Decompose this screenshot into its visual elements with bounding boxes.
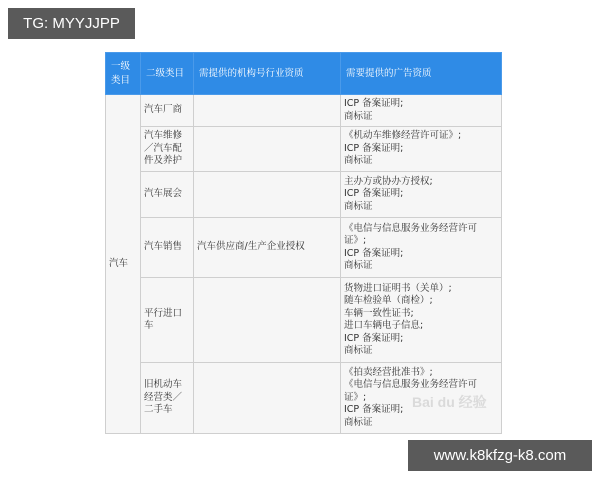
- header-primary-category: 一级 类目: [106, 53, 141, 95]
- cell-line: 商标证: [344, 417, 498, 430]
- cell-line: 证》;: [344, 235, 498, 248]
- cell-line: 经营类／: [144, 392, 190, 405]
- cell-line: 《拍卖经营批准书》;: [344, 367, 498, 380]
- cell-line: 车: [144, 320, 190, 333]
- table-row: 汽车维修 ／汽车配 件及养护 《机动车维修经营许可证》; ICP 备案证明; 商…: [106, 127, 502, 172]
- table-row: 汽车销售 汽车供应商/生产企业授权 《电信与信息服务业务经营许可 证》; ICP…: [106, 218, 502, 278]
- cell-line: 随车检验单（商检）;: [344, 295, 498, 308]
- cell-line: 二手车: [144, 404, 190, 417]
- url-tag: www.k8kfzg-k8.com: [408, 440, 592, 471]
- qualification-table: 一级 类目 二级类目 需提供的机构号行业资质 需要提供的广告资质 汽车 汽车厂商…: [105, 52, 502, 434]
- header-industry-qualification: 需提供的机构号行业资质: [194, 53, 341, 95]
- sub-category-cell: 平行进口 车: [141, 278, 194, 363]
- cell-line: 汽车销售: [144, 241, 190, 254]
- ad-qualification-cell: 《电信与信息服务业务经营许可 证》; ICP 备案证明; 商标证: [341, 218, 502, 278]
- cell-line: ICP 备案证明;: [344, 98, 498, 111]
- tg-tag: TG: MYYJJPP: [8, 8, 135, 39]
- cell-line: 平行进口: [144, 308, 190, 321]
- cell-line: ／汽车配: [144, 143, 190, 156]
- ad-qualification-cell: 主办方或协办方授权; ICP 备案证明; 商标证: [341, 172, 502, 218]
- cell-line: 商标证: [344, 155, 498, 168]
- header-sub-category: 二级类目: [141, 53, 194, 95]
- sub-category-cell: 汽车维修 ／汽车配 件及养护: [141, 127, 194, 172]
- sub-category-cell: 汽车展会: [141, 172, 194, 218]
- cell-line: 进口车辆电子信息;: [344, 320, 498, 333]
- cell-line: 《电信与信息服务业务经营许可: [344, 223, 498, 236]
- cell-line: 《电信与信息服务业务经营许可: [344, 379, 498, 392]
- sub-category-cell: 汽车销售: [141, 218, 194, 278]
- header-line: 一级: [111, 60, 135, 74]
- cell-line: 《机动车维修经营许可证》;: [344, 130, 498, 143]
- industry-cell: [194, 95, 341, 127]
- industry-cell: [194, 172, 341, 218]
- table-row: 汽车 汽车厂商 ICP 备案证明; 商标证: [106, 95, 502, 127]
- cell-line: 件及养护: [144, 155, 190, 168]
- cell-line: 商标证: [344, 201, 498, 214]
- sub-category-cell: 汽车厂商: [141, 95, 194, 127]
- table-header-row: 一级 类目 二级类目 需提供的机构号行业资质 需要提供的广告资质: [106, 53, 502, 95]
- cell-line: 商标证: [344, 345, 498, 358]
- ad-qualification-cell: 货物进口证明书（关单）; 随车检验单（商检）; 车辆一致性证书; 进口车辆电子信…: [341, 278, 502, 363]
- cell-line: 主办方或协办方授权;: [344, 176, 498, 189]
- sub-category-cell: 旧机动车 经营类／ 二手车: [141, 363, 194, 434]
- cell-line: 车辆一致性证书;: [344, 308, 498, 321]
- cell-line: ICP 备案证明;: [344, 188, 498, 201]
- table-row: 平行进口 车 货物进口证明书（关单）; 随车检验单（商检）; 车辆一致性证书; …: [106, 278, 502, 363]
- ad-qualification-cell: 《机动车维修经营许可证》; ICP 备案证明; 商标证: [341, 127, 502, 172]
- cell-line: 商标证: [344, 111, 498, 124]
- cell-line: ICP 备案证明;: [344, 143, 498, 156]
- cell-line: 货物进口证明书（关单）;: [344, 283, 498, 296]
- industry-cell: [194, 278, 341, 363]
- industry-cell: [194, 127, 341, 172]
- cell-line: 汽车厂商: [144, 104, 190, 117]
- cell-line: 汽车维修: [144, 130, 190, 143]
- industry-cell: 汽车供应商/生产企业授权: [194, 218, 341, 278]
- cell-line: ICP 备案证明;: [344, 333, 498, 346]
- cell-line: ICP 备案证明;: [344, 248, 498, 261]
- industry-cell: [194, 363, 341, 434]
- ad-qualification-cell: ICP 备案证明; 商标证: [341, 95, 502, 127]
- cell-line: 商标证: [344, 260, 498, 273]
- cell-line: 旧机动车: [144, 379, 190, 392]
- header-ad-qualification: 需要提供的广告资质: [341, 53, 502, 95]
- table-row: 汽车展会 主办方或协办方授权; ICP 备案证明; 商标证: [106, 172, 502, 218]
- primary-category-cell: 汽车: [106, 95, 141, 434]
- cell-line: 汽车展会: [144, 188, 190, 201]
- header-line: 类目: [111, 74, 135, 88]
- baidu-watermark: Bai du 经验: [412, 392, 487, 412]
